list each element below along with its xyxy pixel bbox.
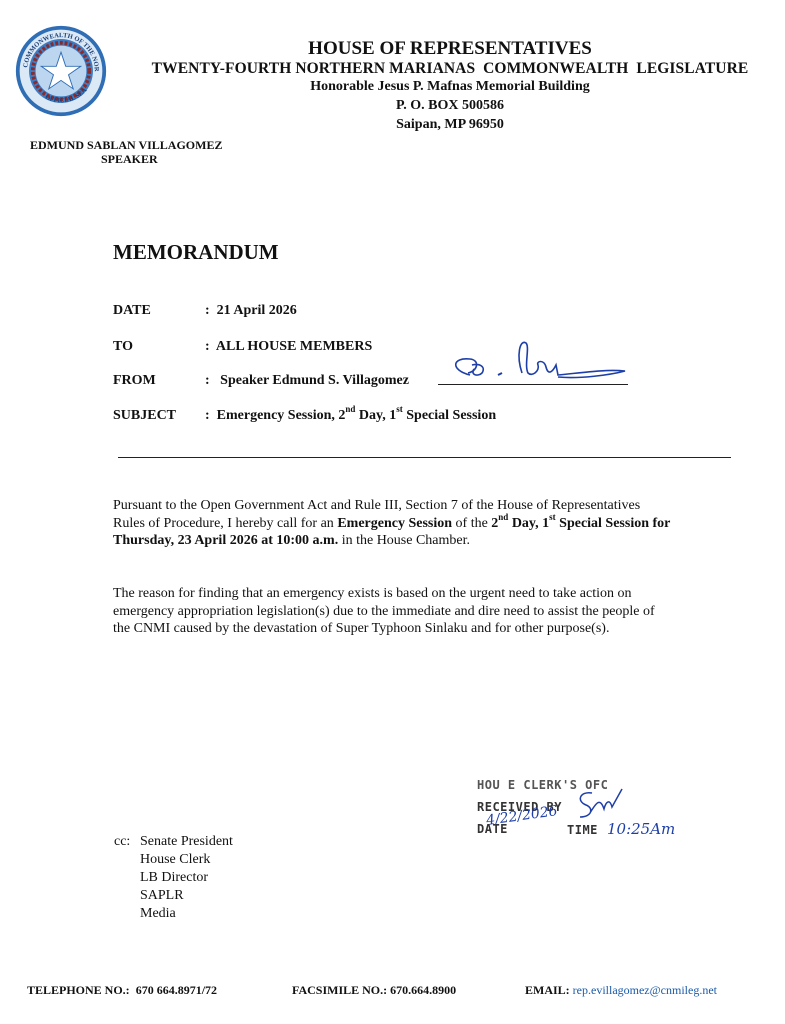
from-value: : Speaker Edmund S. Villagomez [205, 373, 409, 389]
header-divider [118, 457, 731, 458]
letterhead-city: Saipan, MP 96950 [130, 117, 770, 133]
signature-icon [440, 335, 640, 390]
letterhead-po-box: P. O. BOX 500586 [130, 98, 770, 114]
official-seal-icon: COMMONWEALTH OF THE NORTHERN MARIANA ISL… [14, 24, 108, 118]
speaker-title: SPEAKER [101, 152, 158, 167]
memo-title: MEMORANDUM [113, 240, 279, 265]
date-label: DATE [113, 303, 151, 319]
cc-item: Media [114, 905, 233, 923]
body-paragraph-2: The reason for finding that an emergency… [113, 585, 658, 638]
letterhead-building: Honorable Jesus P. Mafnas Memorial Build… [130, 79, 770, 95]
subject-text: Special Session [403, 408, 496, 423]
cc-list: cc:Senate President House Clerk LB Direc… [114, 833, 233, 923]
subject-label: SUBJECT [113, 408, 176, 424]
from-label: FROM [113, 373, 156, 389]
to-value: : ALL HOUSE MEMBERS [205, 339, 372, 355]
footer-telephone: TELEPHONE NO.: 670 664.8971/72 [27, 983, 217, 998]
stamp-time-label: TIME [567, 823, 598, 837]
email-link[interactable]: rep.evillagomez@cnmileg.net [573, 983, 717, 997]
letterhead-title: HOUSE OF REPRESENTATIVES [130, 38, 770, 60]
cc-item: SAPLR [114, 887, 233, 905]
subject-sup: st [396, 404, 403, 414]
cc-label: cc: [114, 833, 140, 851]
cc-item: LB Director [114, 869, 233, 887]
initials-icon [572, 783, 632, 823]
to-label: TO [113, 339, 133, 355]
footer-email: EMAIL: rep.evillagomez@cnmileg.net [525, 983, 717, 998]
speaker-name: EDMUND SABLAN VILLAGOMEZ [30, 138, 222, 153]
letterhead-legislature: TWENTY-FOURTH NORTHERN MARIANAS COMMONWE… [130, 60, 770, 78]
subject-value: : Emergency Session, 2nd Day, 1st Specia… [205, 408, 496, 424]
subject-sup: nd [345, 404, 355, 414]
subject-text: : Emergency Session, 2 [205, 408, 345, 423]
cc-item: House Clerk [114, 851, 233, 869]
date-value: : 21 April 2026 [205, 303, 297, 319]
subject-text: Day, 1 [355, 408, 396, 423]
body-paragraph-1: Pursuant to the Open Government Act and … [113, 497, 673, 550]
cc-item: Senate President [140, 834, 233, 849]
footer-fax: FACSIMILE NO.: 670.664.8900 [292, 983, 456, 998]
